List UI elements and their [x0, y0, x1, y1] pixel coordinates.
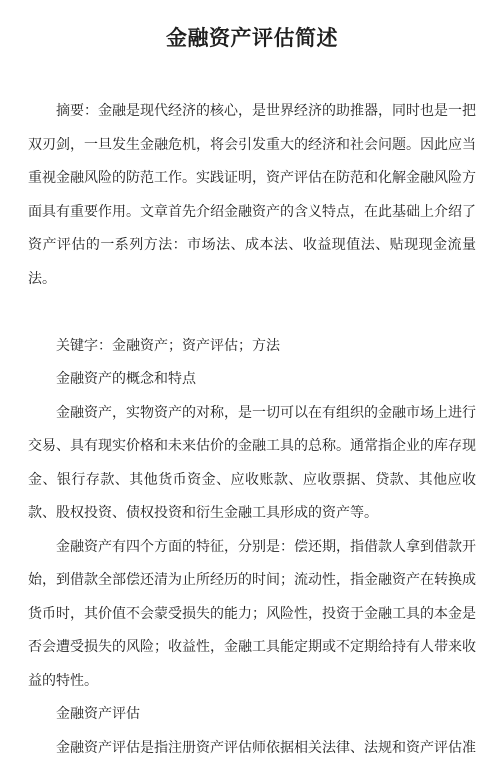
section-heading-concept-and-features: 金融资产的概念和特点 [28, 363, 476, 397]
section-heading-financial-asset-valuation: 金融资产评估 [28, 698, 476, 732]
paragraph-valuation-definition-truncated: 金融资产评估是指注册资产评估师依据相关法律、法规和资产评估准 [28, 732, 476, 766]
abstract-paragraph: 摘要：金融是现代经济的核心，是世界经济的助推器，同时也是一把双刃剑，一旦发生金融… [28, 95, 476, 296]
keywords-line: 关键字：金融资产；资产评估；方法 [28, 330, 476, 364]
document-page: 金融资产评估简述 摘要：金融是现代经济的核心，是世界经济的助推器，同时也是一把双… [0, 0, 504, 778]
paragraph-financial-asset-characteristics: 金融资产有四个方面的特征，分别是：偿还期，指借款人拿到借款开始，到借款全部偿还清… [28, 531, 476, 699]
paragraph-financial-asset-definition: 金融资产，实物资产的对称，是一切可以在有组织的金融市场上进行交易、具有现实价格和… [28, 397, 476, 531]
document-title: 金融资产评估简述 [28, 22, 476, 54]
